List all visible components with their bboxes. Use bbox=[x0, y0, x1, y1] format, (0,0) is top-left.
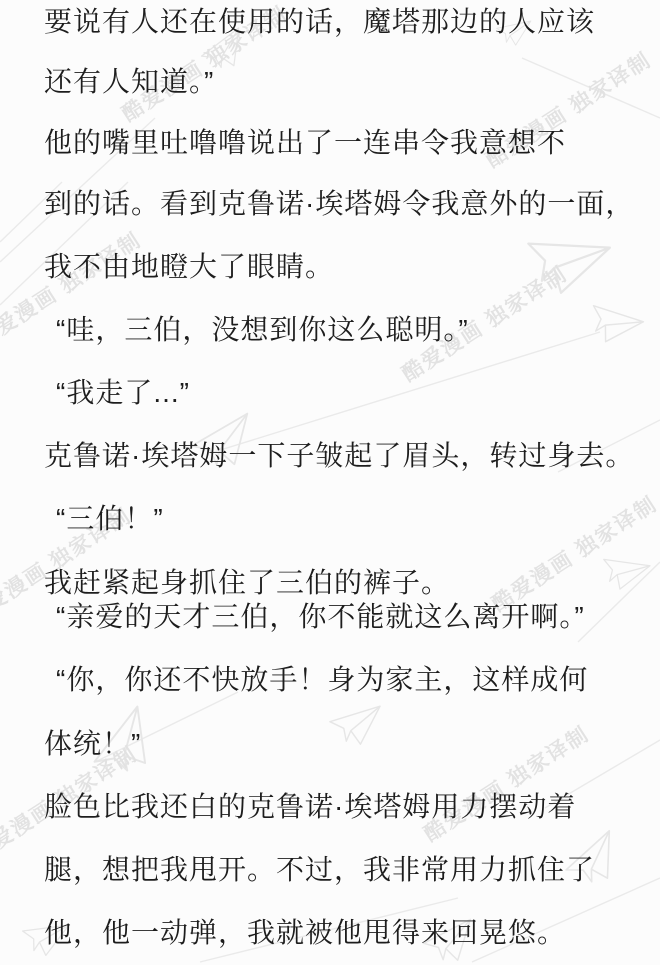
novel-text-line: 体统！” bbox=[44, 728, 652, 760]
novel-text-line: “哇，三伯，没想到你这么聪明。” bbox=[56, 314, 652, 346]
novel-text-line: “你，你还不快放手！身为家主，这样成何 bbox=[56, 664, 652, 696]
novel-text-body: 要说有人还在使用的话，魔塔那边的人应该 还有人知道。” 他的嘴里吐噜噜说出了一连… bbox=[0, 0, 660, 965]
novel-text-line: 我不由地瞪大了眼睛。 bbox=[44, 251, 652, 283]
novel-text-line: 我赶紧起身抓住了三伯的裤子。 bbox=[44, 567, 652, 599]
novel-text-line: 要说有人还在使用的话，魔塔那边的人应该 bbox=[44, 6, 652, 38]
novel-text-line: “亲爱的天才三伯，你不能就这么离开啊。” bbox=[56, 601, 652, 633]
novel-text-line: 到的话。看到克鲁诺·埃塔姆令我意外的一面， bbox=[44, 188, 652, 220]
novel-text-line: 克鲁诺·埃塔姆一下子皱起了眉头，转过身去。 bbox=[44, 440, 652, 472]
novel-text-line: 脸色比我还白的克鲁诺·埃塔姆用力摆动着 bbox=[44, 791, 652, 823]
novel-text-line: “我走了...” bbox=[56, 377, 652, 409]
novel-text-line: 他的嘴里吐噜噜说出了一连串令我意想不 bbox=[44, 127, 652, 159]
novel-reader-page: 酷爱漫画 独家译制 酷爱漫画 独家译制 酷爱漫画 独家译制 酷爱漫画 独家译制 … bbox=[0, 0, 660, 965]
novel-text-line: 他，他一动弹，我就被他甩得来回晃悠。 bbox=[44, 917, 652, 949]
novel-text-line: 还有人知道。” bbox=[44, 66, 652, 98]
novel-text-line: “三伯！” bbox=[56, 503, 652, 535]
novel-text-line: 腿，想把我甩开。不过，我非常用力抓住了 bbox=[44, 854, 652, 886]
